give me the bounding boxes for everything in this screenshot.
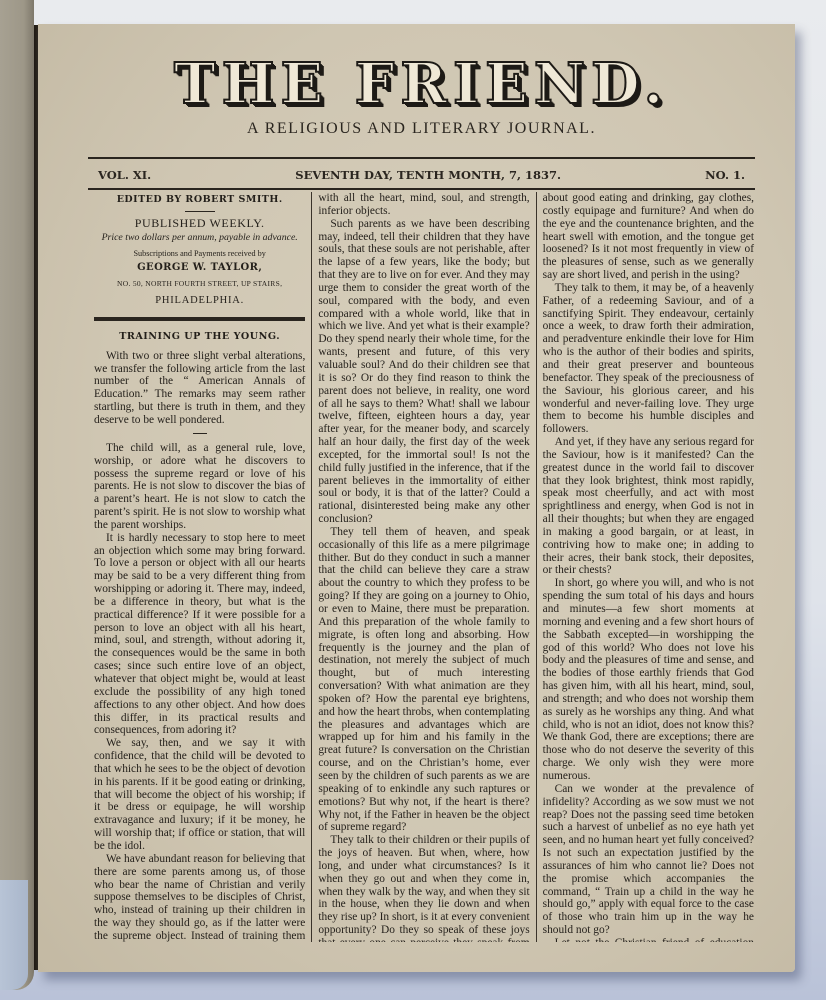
paragraph: And yet, if they have any serious regard… <box>543 436 754 577</box>
masthead: THE FRIEND. A RELIGIOUS AND LITERARY JOU… <box>88 54 755 138</box>
newspaper-page: THE FRIEND. A RELIGIOUS AND LITERARY JOU… <box>38 24 795 972</box>
paragraph: We have abundant reason for believing th… <box>94 853 305 942</box>
price-line: Price two dollars per annum, payable in … <box>94 232 305 245</box>
paragraph: Can we wonder at the prevalence of infid… <box>543 783 754 937</box>
paragraph-continued: with all the heart, mind, soul, and stre… <box>318 192 529 218</box>
issue-date: SEVENTH DAY, TENTH MONTH, 7, 1837. <box>295 168 561 182</box>
dateline: VOL. XI. SEVENTH DAY, TENTH MONTH, 7, 18… <box>98 165 745 185</box>
agent-address: NO. 50, NORTH FOURTH STREET, UP STAIRS, <box>94 278 305 291</box>
masthead-rule-top <box>88 157 755 159</box>
paragraph: They talk to them, it may be, of a heave… <box>543 282 754 436</box>
paragraph: Let not the Christian friend of educatio… <box>543 937 754 942</box>
subscriptions-line: Subscriptions and Payments received by <box>94 248 305 261</box>
facing-page-shadow <box>0 880 28 990</box>
column-3: about good eating and drinking, gay clot… <box>536 192 760 942</box>
column-2: with all the heart, mind, soul, and stre… <box>311 192 535 942</box>
paragraph: They tell them of heaven, and speak occa… <box>318 526 529 834</box>
newspaper-title: THE FRIEND. <box>88 54 755 114</box>
editor-line: EDITED BY ROBERT SMITH. <box>94 194 305 207</box>
imprint-block: EDITED BY ROBERT SMITH. PUBLISHED WEEKLY… <box>94 194 305 308</box>
issue-number: NO. 1. <box>705 168 745 182</box>
article-title: TRAINING UP THE YOUNG. <box>94 331 305 344</box>
paragraph-continued: about good eating and drinking, gay clot… <box>543 192 754 282</box>
paragraph: They talk to their children or their pup… <box>318 834 529 942</box>
volume-label: VOL. XI. <box>98 168 151 182</box>
agent-name: GEORGE W. TAYLOR, <box>94 262 305 275</box>
city-line: PHILADELPHIA. <box>94 295 305 308</box>
paragraph: In short, go where you will, and who is … <box>543 577 754 783</box>
column-1: EDITED BY ROBERT SMITH. PUBLISHED WEEKLY… <box>88 192 311 942</box>
intro-divider <box>193 433 207 434</box>
imprint-divider <box>185 211 215 212</box>
paragraph: We say, then, and we say it with confide… <box>94 737 305 853</box>
paragraph: The child will, as a general rule, love,… <box>94 442 305 532</box>
facing-page-edge <box>0 0 34 990</box>
article-columns: EDITED BY ROBERT SMITH. PUBLISHED WEEKLY… <box>88 192 760 942</box>
paragraph: It is hardly necessary to stop here to m… <box>94 532 305 738</box>
frequency-line: PUBLISHED WEEKLY. <box>94 217 305 230</box>
paragraph: Such parents as we have been describing … <box>318 218 529 526</box>
newspaper-subtitle: A RELIGIOUS AND LITERARY JOURNAL. <box>88 120 755 138</box>
article-intro: With two or three slight verbal alterati… <box>94 350 305 427</box>
masthead-rule-bottom <box>88 188 755 190</box>
imprint-rule <box>94 317 305 321</box>
